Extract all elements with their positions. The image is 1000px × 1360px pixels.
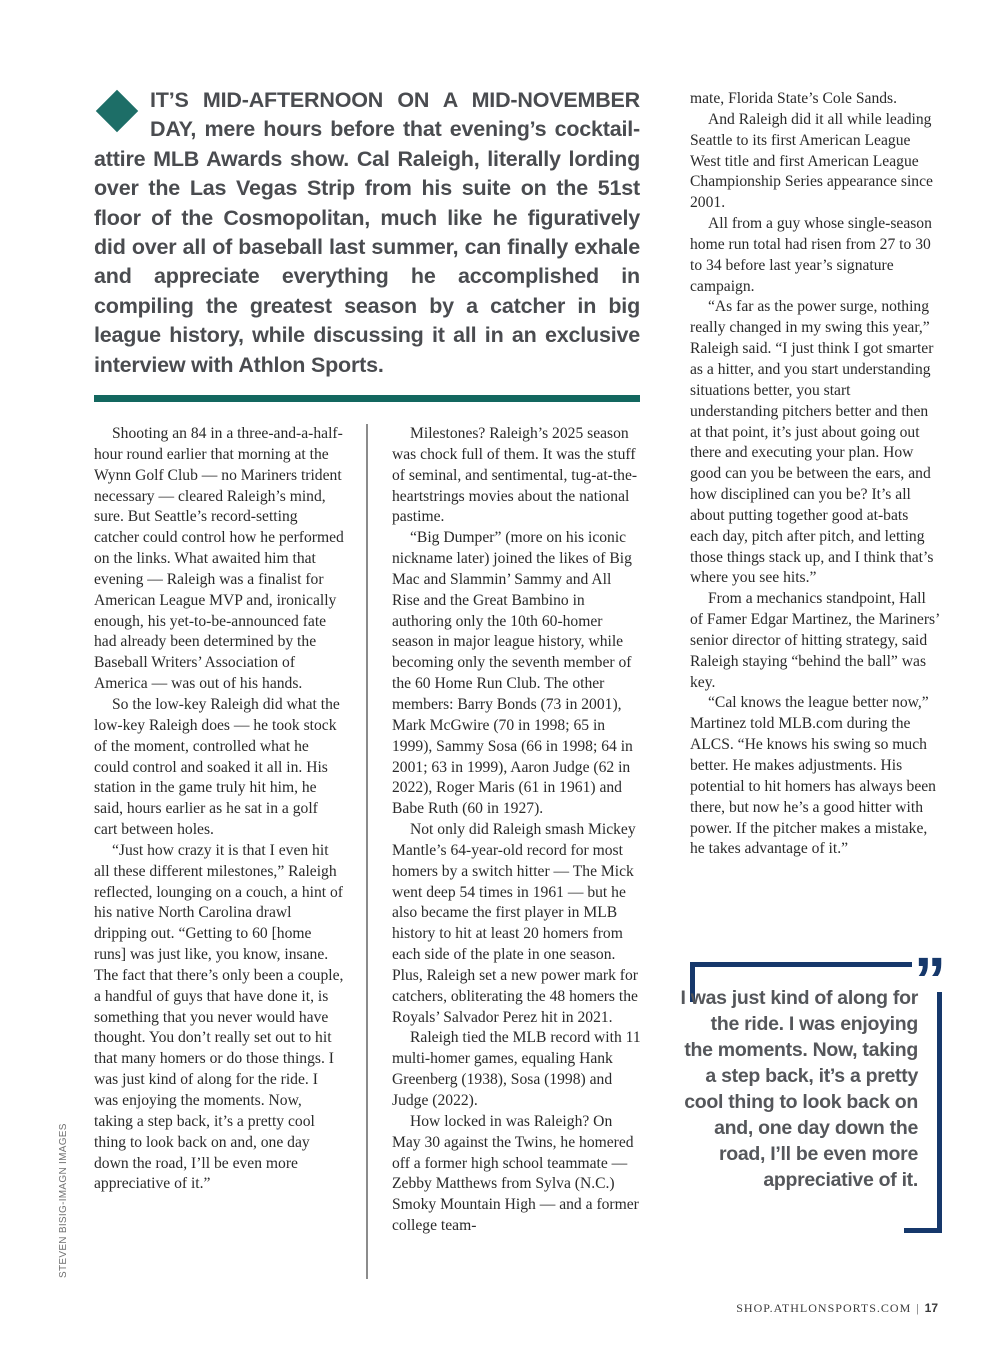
paragraph: “Cal knows the league better now,” Marti… bbox=[690, 693, 940, 860]
footer-site-link[interactable]: SHOP.ATHLONSPORTS.COM bbox=[736, 1301, 911, 1315]
article-column-1: Shooting an 84 in a three-and-a-half-hou… bbox=[94, 424, 344, 1195]
pull-quote-bracket-bottom bbox=[904, 1228, 942, 1233]
page-footer: SHOP.ATHLONSPORTS.COM|17 bbox=[736, 1301, 938, 1316]
article-column-2: Milestones? Raleigh’s 2025 season was ch… bbox=[392, 424, 642, 1237]
section-divider-rule bbox=[94, 395, 640, 402]
paragraph: “Big Dumper” (more on his iconic nicknam… bbox=[392, 528, 642, 820]
intro-deck: IT’S MID-AFTERNOON ON A MID-NOVEMBER DAY… bbox=[94, 86, 640, 380]
intro-text: mere hours before that evening’s cocktai… bbox=[94, 117, 640, 376]
photo-credit: STEVEN BISIG-IMAGN IMAGES bbox=[58, 1123, 69, 1278]
paragraph: From a mechanics standpoint, Hall of Fam… bbox=[690, 589, 940, 693]
paragraph: So the low-key Raleigh did what the low-… bbox=[94, 695, 344, 841]
paragraph: How locked in was Raleigh? On May 30 aga… bbox=[392, 1112, 642, 1237]
paragraph: And Raleigh did it all while leading Sea… bbox=[690, 110, 940, 214]
paragraph: Shooting an 84 in a three-and-a-half-hou… bbox=[94, 424, 344, 695]
diamond-bullet-icon bbox=[94, 86, 144, 138]
paragraph-continuation: mate, Florida State’s Cole Sands. bbox=[690, 89, 940, 110]
paragraph: Milestones? Raleigh’s 2025 season was ch… bbox=[392, 424, 642, 528]
paragraph: All from a guy whose single-season home … bbox=[690, 214, 940, 297]
paragraph: “As far as the power surge, nothing real… bbox=[690, 297, 940, 589]
page-number: 17 bbox=[925, 1301, 938, 1315]
paragraph: “Just how crazy it is that I even hit al… bbox=[94, 841, 344, 1195]
pull-quote-text: I was just kind of along for the ride. I… bbox=[678, 985, 918, 1193]
pull-quote-bracket-top bbox=[690, 962, 912, 967]
paragraph: Not only did Raleigh smash Mickey Mantle… bbox=[392, 820, 642, 1028]
quotation-mark-icon: ” bbox=[914, 950, 942, 1010]
pull-quote-bracket-right bbox=[937, 992, 942, 1232]
paragraph: Raleigh tied the MLB record with 11 mult… bbox=[392, 1028, 642, 1111]
article-column-3: mate, Florida State’s Cole Sands. And Ra… bbox=[690, 89, 940, 860]
pull-quote: ” I was just kind of along for the ride.… bbox=[690, 962, 942, 1234]
column-divider bbox=[366, 424, 368, 1279]
footer-separator: | bbox=[916, 1301, 919, 1315]
